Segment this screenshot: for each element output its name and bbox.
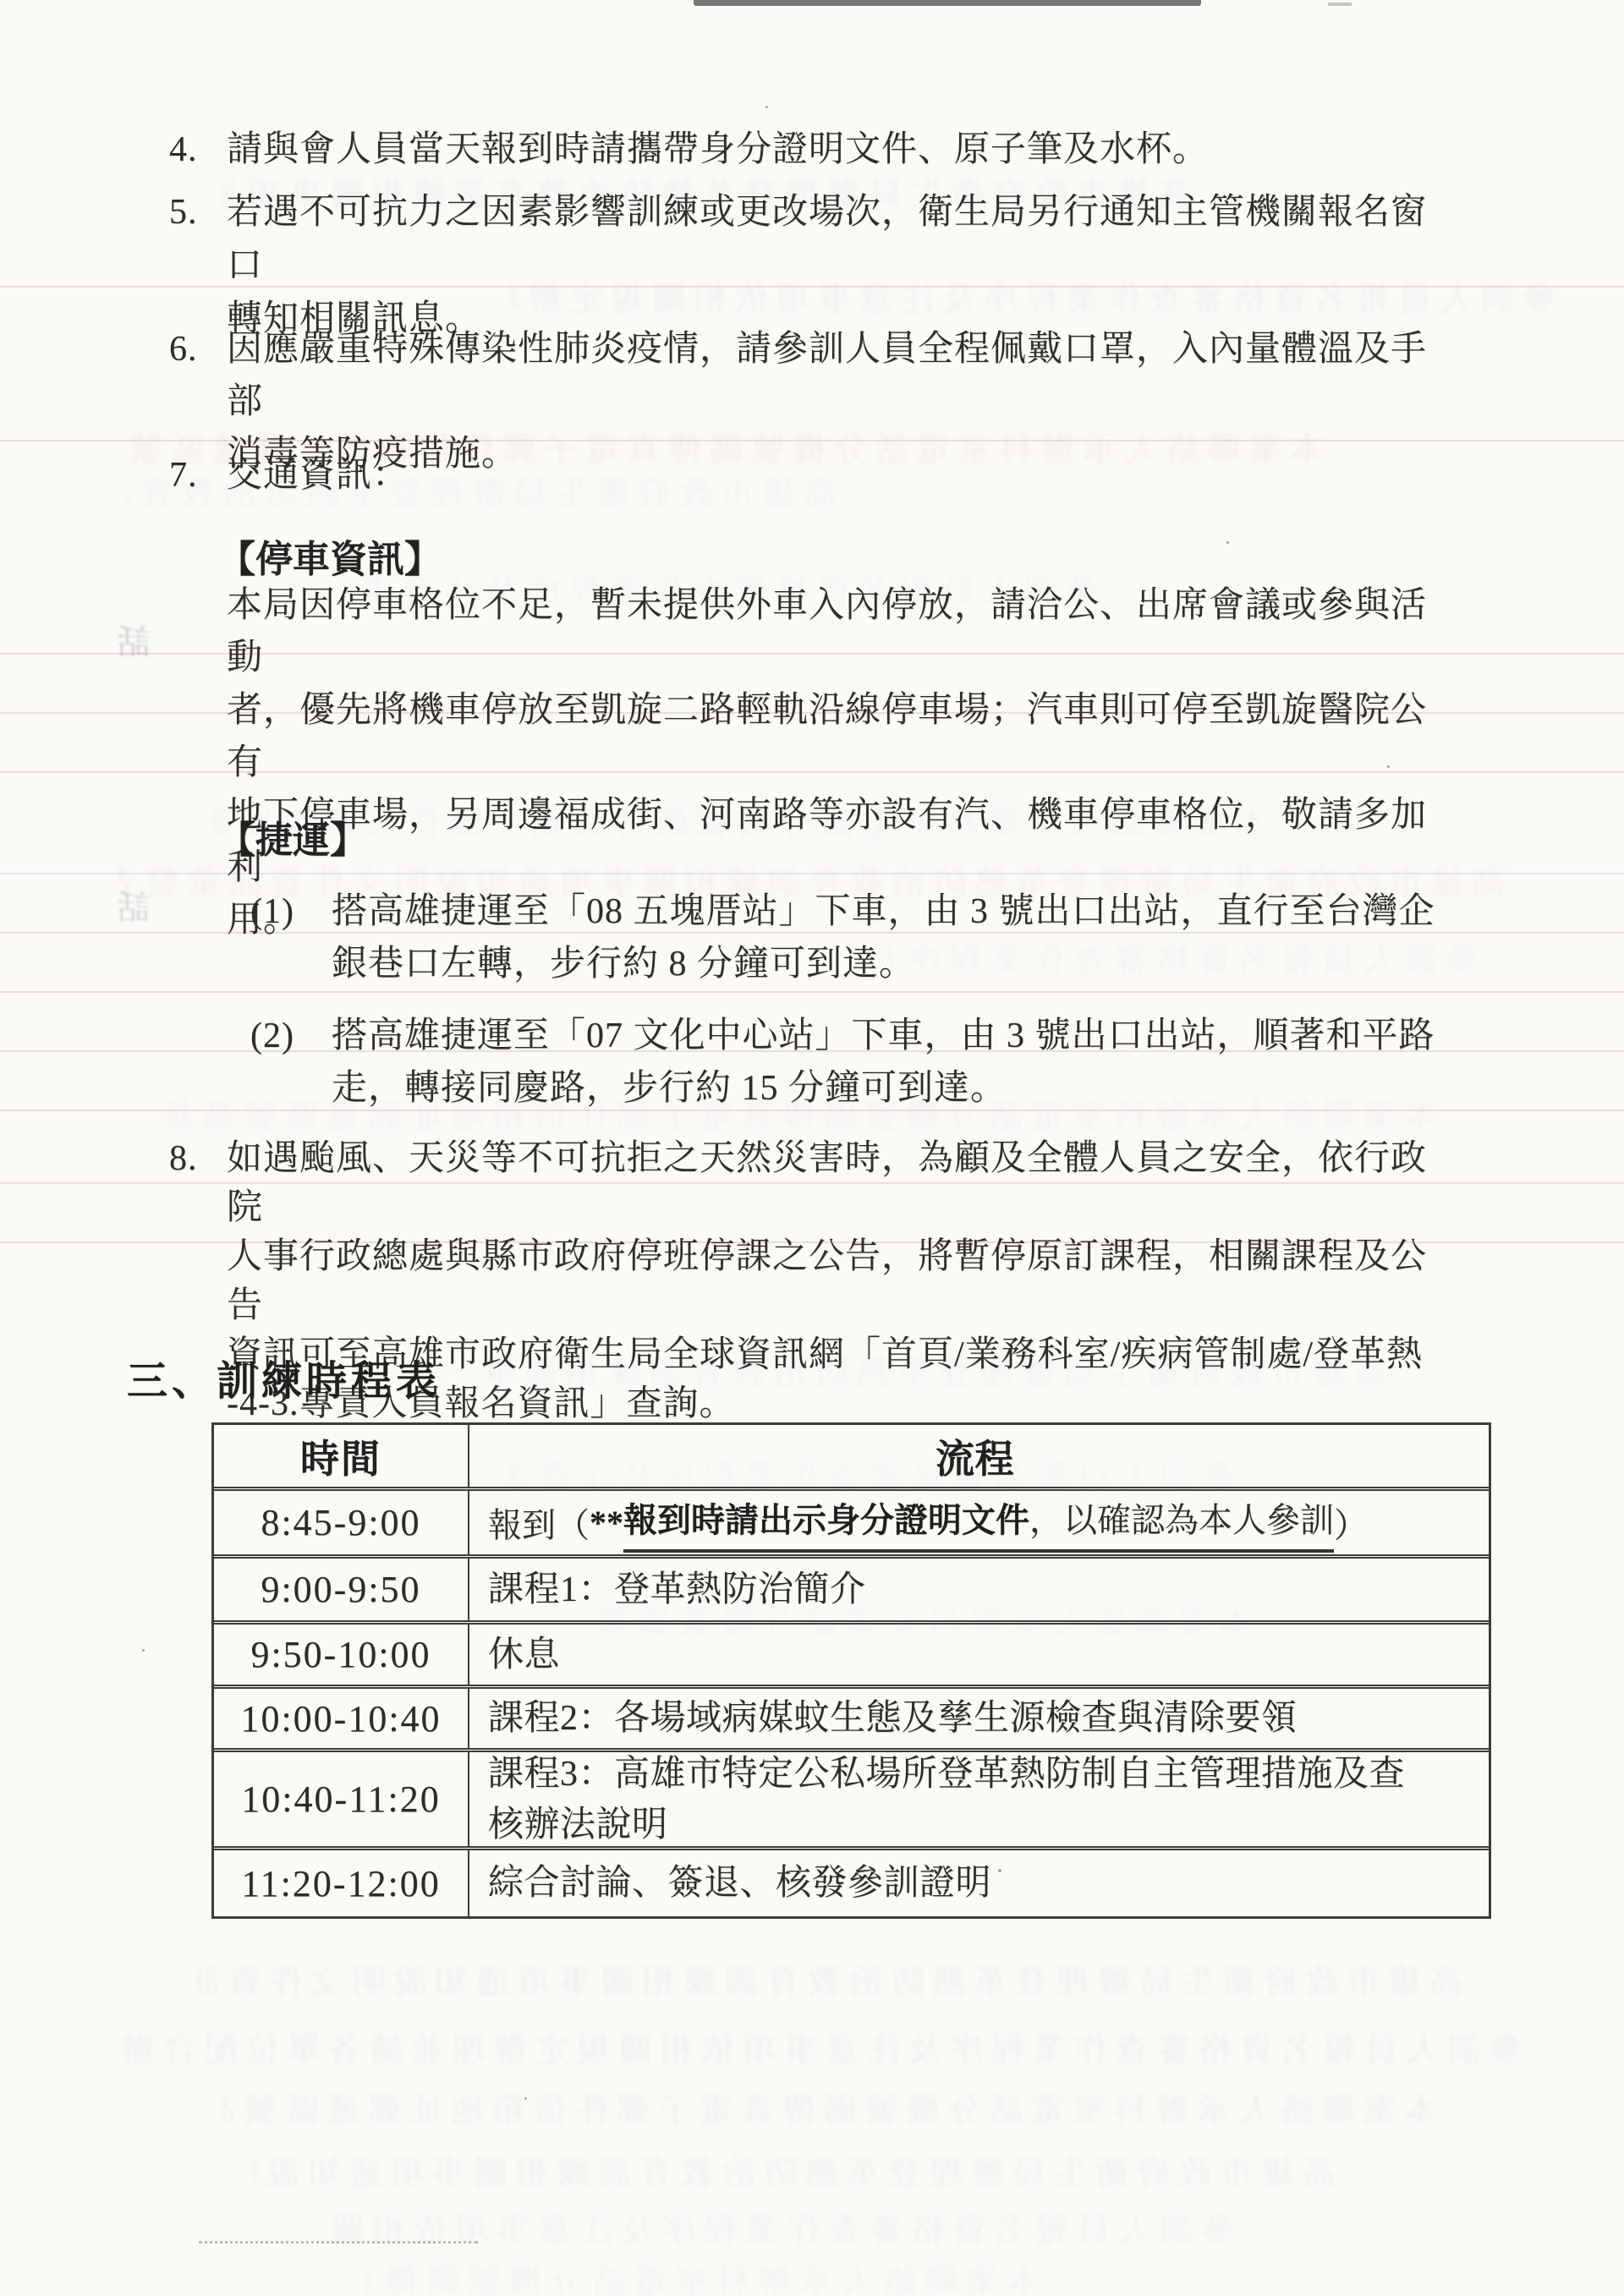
schedule-flow: 課程1：登革熱防治簡介: [469, 1559, 1489, 1620]
scan-smudge: [694, 0, 1201, 6]
bleedthrough-text: 本案聯絡人承辦科室電話分機號碼傳真電子郵件信箱地址郵遞區號高雄市苓雅區凱旋二路沿…: [220, 2084, 1438, 2124]
schedule-time: 9:00-9:50: [214, 1559, 469, 1620]
scan-speck: [1226, 541, 1229, 544]
scan-dotted-mark: [199, 2241, 478, 2244]
schedule-flow-text: 課程3：高雄市特定公私場所登革熱防制自主管理措施及查 核辦法說明: [488, 1749, 1405, 1850]
schedule-time: 11:20-12:00: [214, 1850, 469, 1916]
schedule-flow: 休息: [469, 1625, 1489, 1685]
schedule-header-row: 時間 流程: [214, 1425, 1489, 1491]
schedule-flow: 綜合討論、簽退、核發參訓證明: [469, 1850, 1489, 1916]
scanned-document-page: 高雄市政府衛生局辦理登革熱防治教育訓練相關事項通知說明文件資訊彙整表單內容概要紀…: [0, 0, 1624, 2296]
bleedthrough-edge-fragment: 話電請洽: [107, 881, 151, 922]
schedule-flow-text: 綜合討論、簽退、核發參訓證明: [488, 1858, 991, 1909]
schedule-flow-text: 休息: [488, 1630, 560, 1680]
mrt-item-2-text: 搭高雄捷運至「07 文化中心站」下車，由 3 號出口出站，順著和平路 走，轉接同…: [332, 1010, 1550, 1115]
mrt-item-2-number: (2): [250, 1010, 326, 1062]
scan-artifact-line: [0, 991, 1624, 993]
checkin-stars: **: [590, 1503, 623, 1543]
schedule-flow: 課程3：高雄市特定公私場所登革熱防制自主管理措施及查 核辦法說明: [469, 1752, 1489, 1846]
checkin-bold-text: 報到時請出示身分證明文件: [623, 1501, 1029, 1539]
schedule-time: 8:45-9:00: [214, 1491, 469, 1554]
schedule-section-title: 三、訓練時程表: [127, 1355, 441, 1409]
bleedthrough-text: 本案聯絡人承辦科室電話分機號碼傳真電子郵件信箱地址郵遞區號高雄市苓雅區凱旋二路沿…: [364, 2255, 1040, 2295]
mrt-item-1-number: (1): [250, 885, 326, 938]
column-header-time: 時間: [214, 1425, 469, 1487]
schedule-time: 10:00-10:40: [214, 1689, 469, 1748]
item-4-text: 請與會人員當天報到時請攜帶身分證明文件、原子筆及水杯。: [227, 123, 1453, 177]
item-5-text: 若遇不可抗力之因素影響訓練或更改場次，衛生局另行通知主管機關報名窗口 轉知相關訊…: [227, 186, 1453, 346]
schedule-flow-text: 課程1：登革熱防治簡介: [488, 1564, 866, 1615]
scan-smudge: [1328, 3, 1352, 6]
item-7-text: 交通資訊：: [227, 448, 1453, 502]
bleedthrough-text: 參訓人員報名資格審查作業程序及注意事項依相關規定辦理並請各單位配合辦理為荷訓練場…: [118, 2023, 1522, 2063]
column-header-flow: 流程: [469, 1425, 1489, 1487]
schedule-row: 10:40-11:20 課程3：高雄市特定公私場所登革熱防制自主管理措施及查 核…: [214, 1752, 1489, 1850]
bleedthrough-text: 參訓人員報名資格審查作業程序及注意事項依相關規定辦理並請各單位配合辦理為荷訓練場…: [321, 2204, 1235, 2244]
schedule-row: 8:45-9:00 報到（**報到時請出示身分證明文件，以確認為本人參訓）: [214, 1491, 1489, 1559]
checkin-underlined-note: 報到時請出示身分證明文件，以確認為本人參訓: [623, 1493, 1334, 1553]
scan-speck: [765, 106, 768, 108]
schedule-row: 9:00-9:50 課程1：登革熱防治簡介: [214, 1559, 1489, 1625]
checkin-suffix: ）: [1334, 1499, 1368, 1547]
mrt-info-header: 【捷運】: [218, 814, 367, 868]
schedule-row: 9:50-10:00 休息: [214, 1625, 1489, 1689]
bleedthrough-text: 高雄市政府衛生局辦理登革熱防治教育訓練相關事項通知說明文件資訊彙整表單內容概要紀…: [195, 1955, 1463, 1996]
schedule-flow: 報到（**報到時請出示身分證明文件，以確認為本人參訓）: [469, 1491, 1489, 1554]
schedule-row: 10:00-10:40 課程2：各場域病媒蚊生態及孳生源檢查與清除要領: [214, 1689, 1489, 1752]
bleedthrough-text: 高雄市政府衛生局辦理登革熱防治教育訓練相關事項通知說明文件資訊彙整表單內容概要紀…: [254, 2146, 1336, 2187]
schedule-time: 9:50-10:00: [214, 1625, 469, 1685]
training-schedule-table: 時間 流程 8:45-9:00 報到（**報到時請出示身分證明文件，以確認為本人…: [211, 1422, 1491, 1919]
bleedthrough-edge-fragment: 話電請洽: [107, 616, 151, 656]
checkin-prefix: 報到（: [488, 1499, 590, 1547]
checkin-underlined-text: ，以確認為本人參訓: [1029, 1501, 1334, 1539]
schedule-flow-text: 課程2：各場域病媒蚊生態及孳生源檢查與清除要領: [488, 1693, 1298, 1744]
scan-speck: [142, 1649, 145, 1652]
schedule-row: 11:20-12:00 綜合討論、簽退、核發參訓證明: [214, 1850, 1489, 1916]
scan-speck: [524, 2097, 527, 2100]
mrt-item-1-text: 搭高雄捷運至「08 五塊厝站」下車，由 3 號出口出站，直行至台灣企 銀巷口左轉…: [332, 885, 1550, 990]
schedule-flow: 課程2：各場域病媒蚊生態及孳生源檢查與清除要領: [469, 1689, 1489, 1748]
schedule-time: 10:40-11:20: [214, 1752, 469, 1846]
